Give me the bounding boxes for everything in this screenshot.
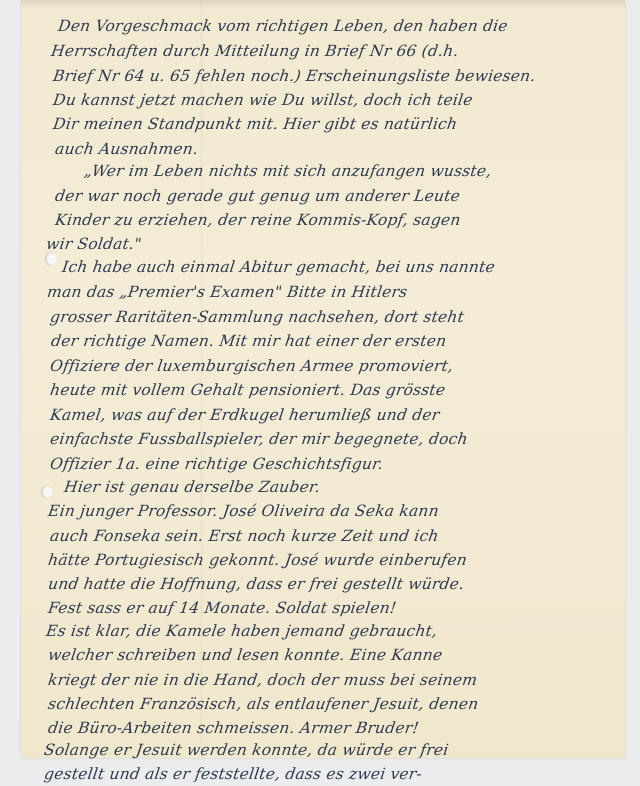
- handwritten-line: Herrschaften durch Mitteilung in Brief N…: [50, 42, 460, 60]
- handwritten-line: grosser Raritäten-Sammlung nachsehen, do…: [49, 308, 465, 326]
- handwritten-line: auch Fonseka sein. Erst noch kurze Zeit …: [49, 527, 440, 545]
- handwritten-line: Dir meinen Standpunkt mit. Hier gibt es …: [52, 115, 459, 133]
- handwritten-line: der richtige Namen. Mit mir hat einer de…: [50, 332, 448, 350]
- punch-hole-upper: [45, 252, 57, 266]
- handwritten-line: Hier ist genau derselbe Zauber.: [63, 478, 321, 496]
- handwritten-line: Du kannst jetzt machen wie Du willst, do…: [52, 91, 474, 109]
- handwritten-line: Offizier 1a. eine richtige Geschichtsfig…: [49, 455, 385, 473]
- handwritten-line: Ein junger Professor. José Oliveira da S…: [47, 502, 440, 520]
- handwritten-line: Brief Nr 64 u. 65 fehlen noch.) Erschein…: [52, 67, 537, 85]
- handwritten-line: auch Ausnahmen.: [54, 140, 199, 158]
- handwritten-line: Ich habe auch einmal Abitur gemacht, bei…: [61, 258, 496, 276]
- handwritten-line: die Büro-Arbeiten schmeissen. Armer Brud…: [47, 719, 420, 737]
- handwritten-line: hätte Portugiesisch gekonnt. José wurde …: [47, 551, 468, 569]
- handwritten-line: wir Soldat.": [45, 235, 143, 253]
- handwritten-line: Fest sass er auf 14 Monate. Soldat spiel…: [47, 599, 398, 617]
- handwritten-line: Kinder zu erziehen, der reine Kommis-Kop…: [54, 211, 462, 229]
- letter-page: Den Vorgeschmack vom richtigen Leben, de…: [21, 0, 625, 758]
- handwritten-line: heute mit vollem Gehalt pensioniert. Das…: [49, 381, 447, 399]
- handwritten-line: Den Vorgeschmack vom richtigen Leben, de…: [57, 17, 509, 35]
- handwritten-line: Kamel, was auf der Erdkugel herumließ un…: [49, 406, 441, 424]
- handwritten-line: Offiziere der luxemburgischen Armee prom…: [49, 357, 454, 375]
- handwritten-line: schlechten Französisch, als entlaufener …: [47, 695, 480, 713]
- handwritten-line: welcher schreiben und lesen konnte. Eine…: [47, 646, 444, 664]
- handwritten-line: „Wer im Leben nichts mit sich anzufangen…: [83, 162, 493, 180]
- handwritten-line: und hatte die Hoffnung, dass er frei ges…: [47, 575, 465, 593]
- handwritten-line: gestellt und als er feststellte, dass es…: [43, 765, 423, 783]
- handwritten-line: Solange er Jesuit werden konnte, da würd…: [43, 741, 450, 759]
- handwritten-line: Es ist klar, die Kamele haben jemand geb…: [45, 622, 439, 640]
- handwritten-line: der war noch gerade gut genug um anderer…: [54, 187, 461, 205]
- punch-hole-lower: [41, 485, 53, 499]
- handwritten-line: einfachste Fussballspieler, der mir bege…: [49, 430, 469, 448]
- handwritten-line: kriegt der nie in die Hand, doch der mus…: [47, 671, 478, 689]
- handwritten-line: man das „Premier's Examen" Bitte in Hitl…: [46, 283, 409, 301]
